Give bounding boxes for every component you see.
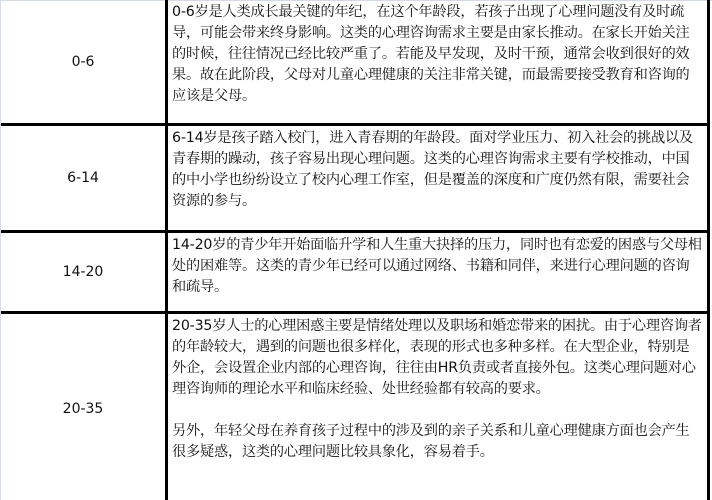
description-cell[interactable]: 6-14岁是孩子踏入校门，进入青春期的年龄段。面对学业压力、初入社会的挑战以及青… <box>167 125 709 232</box>
age-range-cell[interactable]: 6-14 <box>1 125 167 232</box>
description-paragraph: 20-35岁人士的心理困惑主要是情绪处理以及职场和婚恋带来的困扰。由于心理咨询者… <box>172 316 703 400</box>
table-row: 20-35 20-35岁人士的心理困惑主要是情绪处理以及职场和婚恋带来的困扰。由… <box>1 313 709 500</box>
description-cell[interactable]: 14-20岁的青少年开始面临升学和人生重大抉择的压力，同时也有恋爱的困惑与父母相… <box>167 232 709 313</box>
description-paragraph: 0-6岁是人类成长最关键的年纪，在这个年龄段，若孩子出现了心理问题没有及时疏导，… <box>172 2 703 107</box>
spreadsheet-canvas: 0-6 0-6岁是人类成长最关键的年纪，在这个年龄段，若孩子出现了心理问题没有及… <box>0 0 712 500</box>
description-paragraph: 6-14岁是孩子踏入校门，进入青春期的年龄段。面对学业压力、初入社会的挑战以及青… <box>172 128 703 212</box>
table-row: 6-14 6-14岁是孩子踏入校门，进入青春期的年龄段。面对学业压力、初入社会的… <box>1 125 709 232</box>
age-range-cell[interactable]: 20-35 <box>1 313 167 500</box>
age-stage-table: 0-6 0-6岁是人类成长最关键的年纪，在这个年龄段，若孩子出现了心理问题没有及… <box>1 0 710 500</box>
table-row: 0-6 0-6岁是人类成长最关键的年纪，在这个年龄段，若孩子出现了心理问题没有及… <box>1 0 709 125</box>
description-paragraph: 14-20岁的青少年开始面临升学和人生重大抉择的压力，同时也有恋爱的困惑与父母相… <box>172 235 703 298</box>
table-row: 14-20 14-20岁的青少年开始面临升学和人生重大抉择的压力，同时也有恋爱的… <box>1 232 709 313</box>
description-paragraph: 另外，年轻父母在养育孩子过程中的涉及到的亲子关系和儿童心理健康方面也会产生很多疑… <box>172 421 703 463</box>
age-range-cell[interactable]: 14-20 <box>1 232 167 313</box>
description-cell[interactable]: 20-35岁人士的心理困惑主要是情绪处理以及职场和婚恋带来的困扰。由于心理咨询者… <box>167 313 709 500</box>
age-range-cell[interactable]: 0-6 <box>1 0 167 125</box>
description-cell[interactable]: 0-6岁是人类成长最关键的年纪，在这个年龄段，若孩子出现了心理问题没有及时疏导，… <box>167 0 709 125</box>
